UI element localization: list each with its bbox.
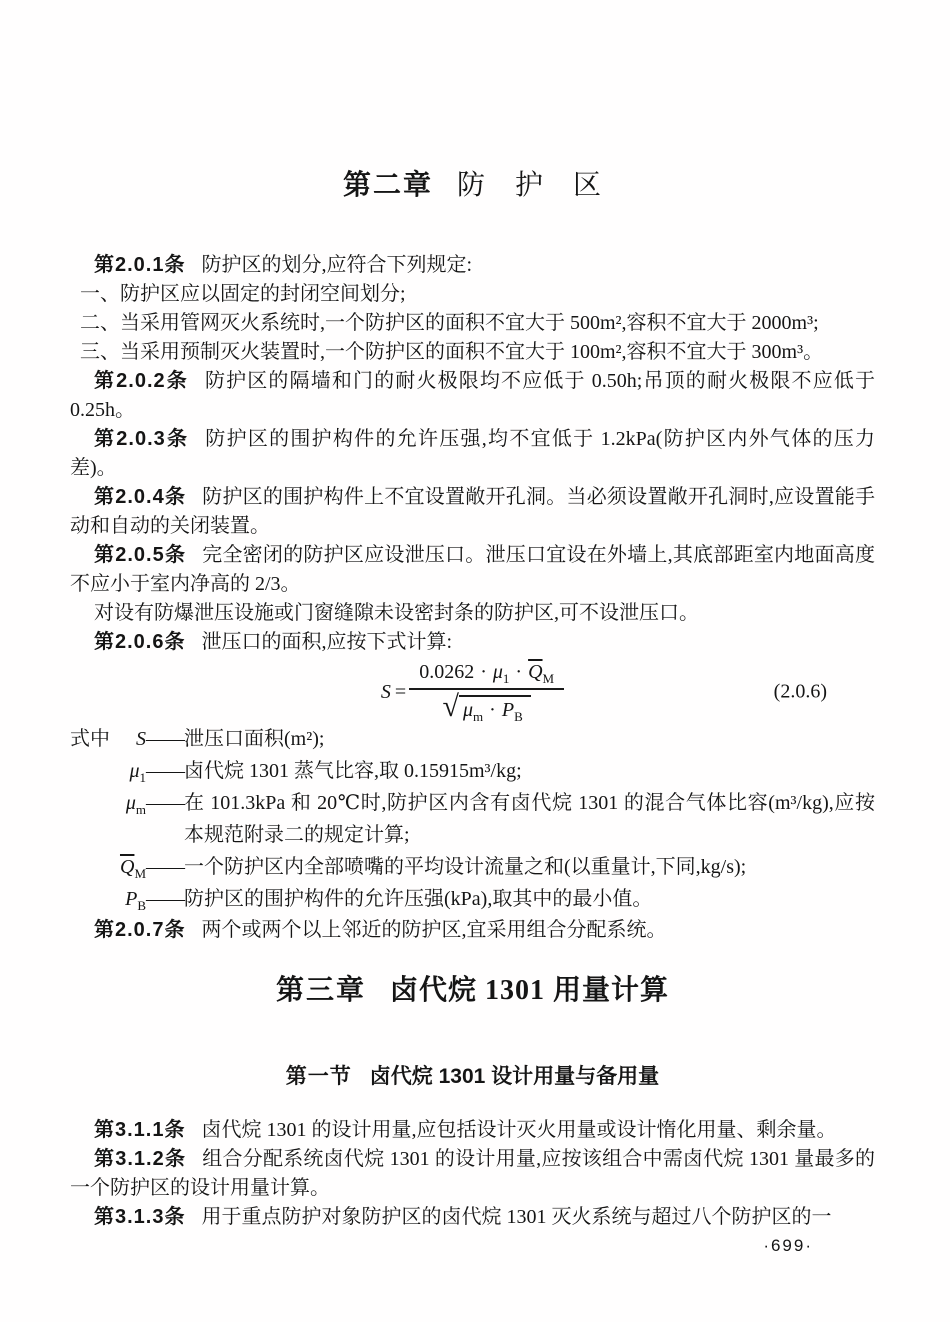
article-3-1-2-label: 第3.1.2条 xyxy=(94,1148,186,1170)
chapter-3-heading: 第三章卤代烷 1301 用量计算 xyxy=(70,973,875,1008)
article-3-1-1: 第3.1.1条卤代烷 1301 的设计用量,应包括设计灭火用量或设计惰化用量、剩… xyxy=(70,1116,875,1145)
definition-s: 式中 S—— 泄压口面积(m²); xyxy=(70,723,875,755)
article-2-0-6: 第2.0.6条泄压口的面积,应按下式计算: xyxy=(70,628,875,657)
article-2-0-2-text: 防护区的隔墙和门的耐火极限均不应低于 0.50h;吊顶的耐火极限不应低于 0.2… xyxy=(70,370,875,421)
equation-lhs: S xyxy=(381,681,391,704)
chapter-3-body: 第3.1.1条卤代烷 1301 的设计用量,应包括设计灭火用量或设计惰化用量、剩… xyxy=(70,1116,875,1232)
list-item-1: 一、防护区应以固定的封闭空间划分; xyxy=(70,280,875,309)
list-item-3-text: 三、当采用预制灭火装置时,一个防护区的面积不宜大于 100m²,容积不宜大于 3… xyxy=(80,341,823,363)
article-2-0-3-label: 第2.0.3条 xyxy=(94,428,189,450)
paragraph-vent-exception: 对设有防爆泄压设施或门窗缝隙未设密封条的防护区,可不设泄压口。 xyxy=(70,599,875,628)
symbol-definitions: 式中 S—— 泄压口面积(m²); μ1—— 卤代烷 1301 蒸气比容,取 0… xyxy=(70,723,875,915)
definition-qm: QM—— 一个防护区内全部喷嘴的平均设计流量之和(以重量计,下同,kg/s); xyxy=(70,851,875,883)
equation-number: (2.0.6) xyxy=(774,681,827,704)
article-2-0-4-text: 防护区的围护构件上不宜设置敞开孔洞。当必须设置敞开孔洞时,应设置能手动和自动的关… xyxy=(70,486,875,537)
def-prefix-spacer xyxy=(70,755,116,787)
article-2-0-3: 第2.0.3条防护区的围护构件的允许压强,均不宜低于 1.2kPa(防护区内外气… xyxy=(70,425,875,483)
def-prefix-spacer xyxy=(70,851,116,883)
article-2-0-5-text: 完全密闭的防护区应设泄压口。泄压口宜设在外墙上,其底部距室内地面高度不应小于室内… xyxy=(70,544,875,595)
definition-mu1-term: μ1—— xyxy=(116,755,184,787)
article-3-1-3: 第3.1.3条用于重点防护对象防护区的卤代烷 1301 灭火系统与超过八个防护区… xyxy=(70,1203,875,1232)
qm-symbol: QM xyxy=(528,661,554,685)
chapter-2-title: 防 护 区 xyxy=(457,170,602,201)
definition-mu1-desc: 卤代烷 1301 蒸气比容,取 0.15915m³/kg; xyxy=(184,755,875,787)
list-item-2: 二、当采用管网灭火系统时,一个防护区的面积不宜大于 500m²,容积不宜大于 2… xyxy=(70,309,875,338)
multiplication-dot: · xyxy=(489,699,496,722)
multiplication-dot: · xyxy=(480,661,487,684)
chapter-2-label: 第二章 xyxy=(343,169,433,200)
where-label: 式中 xyxy=(70,723,116,755)
chapter-3-label: 第三章 xyxy=(276,974,366,1005)
article-2-0-2: 第2.0.2条防护区的隔墙和门的耐火极限均不应低于 0.50h;吊顶的耐火极限不… xyxy=(70,367,875,425)
def-prefix-spacer xyxy=(70,787,116,851)
chapter-2-closing: 第2.0.7条两个或两个以上邻近的防护区,宜采用组合分配系统。 xyxy=(70,916,875,945)
pb-symbol: PB xyxy=(502,699,523,723)
multiplication-dot: · xyxy=(515,661,522,684)
article-2-0-1: 第2.0.1条防护区的划分,应符合下列规定: xyxy=(70,251,875,280)
article-2-0-5-label: 第2.0.5条 xyxy=(94,544,186,566)
definition-qm-desc: 一个防护区内全部喷嘴的平均设计流量之和(以重量计,下同,kg/s); xyxy=(184,851,875,883)
article-2-0-4-label: 第2.0.4条 xyxy=(94,486,186,508)
article-3-1-3-text: 用于重点防护对象防护区的卤代烷 1301 灭火系统与超过八个防护区的一 xyxy=(201,1206,831,1228)
article-2-0-7: 第2.0.7条两个或两个以上邻近的防护区,宜采用组合分配系统。 xyxy=(70,916,875,945)
article-3-1-3-label: 第3.1.3条 xyxy=(94,1206,185,1228)
article-2-0-7-text: 两个或两个以上邻近的防护区,宜采用组合分配系统。 xyxy=(201,919,666,941)
equation-expression: S= 0.0262 · μ1 · QM √ μm · PB xyxy=(381,661,564,723)
article-2-0-4: 第2.0.4条防护区的围护构件上不宜设置敞开孔洞。当必须设置敞开孔洞时,应设置能… xyxy=(70,483,875,541)
definition-pb-term: PB—— xyxy=(116,883,184,915)
radicand: μm · PB xyxy=(459,695,531,723)
article-3-1-1-label: 第3.1.1条 xyxy=(94,1119,185,1141)
list-item-2-text: 二、当采用管网灭火系统时,一个防护区的面积不宜大于 500m²,容积不宜大于 2… xyxy=(80,312,819,334)
fraction-denominator: √ μm · PB xyxy=(443,690,531,723)
equals-sign: = xyxy=(395,681,406,704)
fraction: 0.0262 · μ1 · QM √ μm · PB xyxy=(409,661,564,723)
chapter-3-title: 卤代烷 1301 用量计算 xyxy=(390,975,669,1006)
section-1-label: 第一节 xyxy=(286,1065,352,1088)
definition-qm-term: QM—— xyxy=(116,851,184,883)
article-2-0-6-label: 第2.0.6条 xyxy=(94,631,185,653)
coefficient: 0.0262 xyxy=(419,661,474,684)
list-item-3: 三、当采用预制灭火装置时,一个防护区的面积不宜大于 100m²,容积不宜大于 3… xyxy=(70,338,875,367)
article-3-1-1-text: 卤代烷 1301 的设计用量,应包括设计灭火用量或设计惰化用量、剩余量。 xyxy=(201,1119,836,1141)
mu1-symbol: μ1 xyxy=(493,661,510,685)
chapter-2-body: 第2.0.1条防护区的划分,应符合下列规定: 一、防护区应以固定的封闭空间划分;… xyxy=(70,251,875,657)
definition-mum-term: μm—— xyxy=(116,787,184,851)
definition-mum-desc: 在 101.3kPa 和 20℃时,防护区内含有卤代烷 1301 的混合气体比容… xyxy=(184,787,875,851)
equation-2-0-6: S= 0.0262 · μ1 · QM √ μm · PB xyxy=(70,661,875,723)
definition-mu1: μ1—— 卤代烷 1301 蒸气比容,取 0.15915m³/kg; xyxy=(70,755,875,787)
square-root-sign: √ xyxy=(443,692,459,722)
article-2-0-5: 第2.0.5条完全密闭的防护区应设泄压口。泄压口宜设在外墙上,其底部距室内地面高… xyxy=(70,541,875,599)
article-2-0-3-text: 防护区的围护构件的允许压强,均不宜低于 1.2kPa(防护区内外气体的压力差)。 xyxy=(70,428,875,479)
definition-pb-desc: 防护区的围护构件的允许压强(kPa),取其中的最小值。 xyxy=(184,883,875,915)
definition-s-desc: 泄压口面积(m²); xyxy=(184,723,875,755)
page-number: ·699· xyxy=(70,1236,813,1256)
definition-pb: PB—— 防护区的围护构件的允许压强(kPa),取其中的最小值。 xyxy=(70,883,875,915)
definition-mum: μm—— 在 101.3kPa 和 20℃时,防护区内含有卤代烷 1301 的混… xyxy=(70,787,875,851)
article-3-1-2-text: 组合分配系统卤代烷 1301 的设计用量,应按该组合中需卤代烷 1301 量最多… xyxy=(70,1148,875,1199)
def-prefix-spacer xyxy=(70,883,116,915)
chapter-2-heading: 第二章防 护 区 xyxy=(70,168,875,203)
article-2-0-7-label: 第2.0.7条 xyxy=(94,919,185,941)
article-2-0-2-label: 第2.0.2条 xyxy=(94,370,189,392)
article-2-0-1-text: 防护区的划分,应符合下列规定: xyxy=(201,254,472,276)
mum-symbol: μm xyxy=(463,699,483,723)
section-1-heading: 第一节卤代烷 1301 设计用量与备用量 xyxy=(70,1064,875,1090)
page-content: 第二章防 护 区 第2.0.1条防护区的划分,应符合下列规定: 一、防护区应以固… xyxy=(0,0,950,1256)
article-3-1-2: 第3.1.2条组合分配系统卤代烷 1301 的设计用量,应按该组合中需卤代烷 1… xyxy=(70,1145,875,1203)
document-page: 第二章防 护 区 第2.0.1条防护区的划分,应符合下列规定: 一、防护区应以固… xyxy=(0,0,950,1322)
definition-s-term: S—— xyxy=(116,723,184,755)
article-2-0-6-text: 泄压口的面积,应按下式计算: xyxy=(201,631,452,653)
article-2-0-1-label: 第2.0.1条 xyxy=(94,254,185,276)
fraction-numerator: 0.0262 · μ1 · QM xyxy=(409,661,564,690)
paragraph-vent-exception-text: 对设有防爆泄压设施或门窗缝隙未设密封条的防护区,可不设泄压口。 xyxy=(94,602,699,624)
section-1-title: 卤代烷 1301 设计用量与备用量 xyxy=(370,1065,659,1088)
list-item-1-text: 一、防护区应以固定的封闭空间划分; xyxy=(80,283,406,305)
